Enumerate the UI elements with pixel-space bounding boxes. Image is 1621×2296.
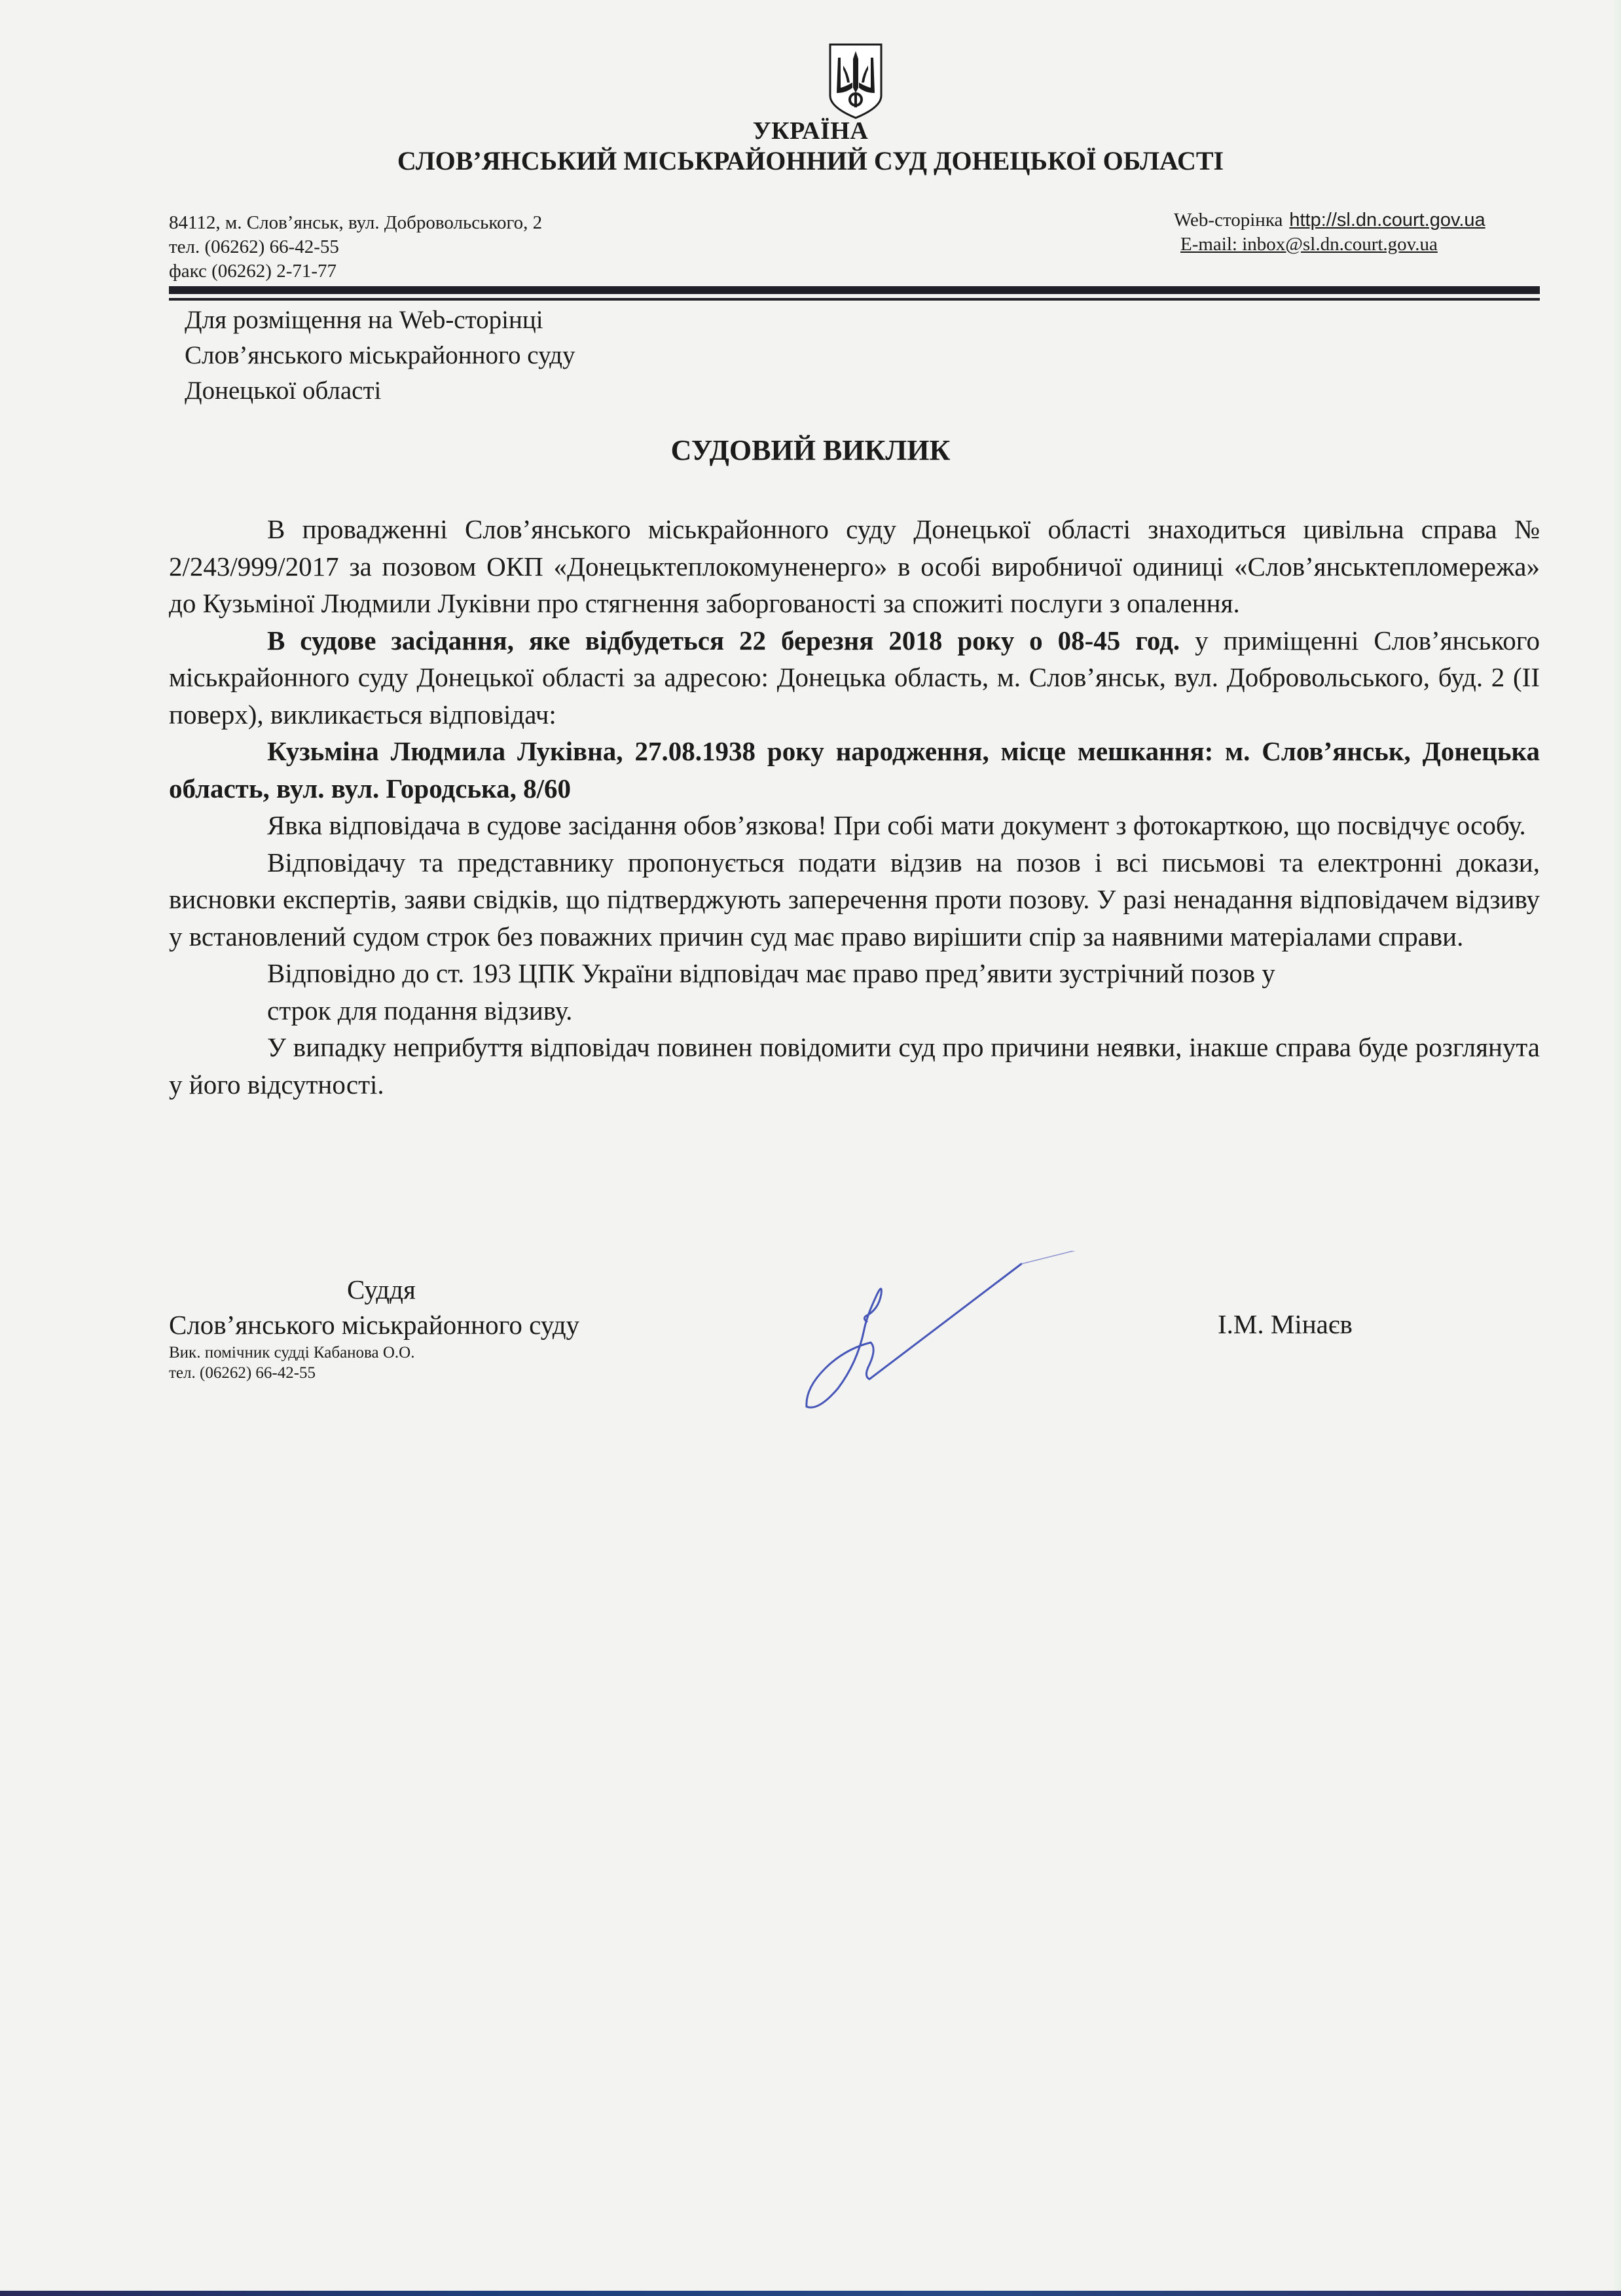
assistant-phone: тел. (06262) 66-42-55 [169,1363,579,1383]
judge-court: Слов’янського міськрайонного суду [169,1310,579,1340]
court-fax: факс (06262) 2-71-77 [169,259,542,284]
trident-emblem-icon [826,42,885,120]
paragraph-case: В провадженні Слов’янського міськрайонно… [169,511,1540,622]
placement-note: Для розміщення на Web-сторінці Слов’янсь… [185,303,575,409]
assistant-name: Вик. помічник судді Кабанова О.О. [169,1342,579,1363]
counterclaim-line: строк для подання відзиву. [169,992,1540,1029]
header-divider-thin [169,298,1540,301]
court-summons-page: УКРАЇНА СЛОВ’ЯНСЬКИЙ МІСЬКРАЙОННИЙ СУД Д… [0,0,1621,2296]
paragraph-response: Відповідачу та представнику пропонується… [169,844,1540,955]
placement-line: Донецької області [185,373,575,409]
handwritten-signature-icon [799,1251,1100,1421]
court-phone: тел. (06262) 66-42-55 [169,235,542,259]
paragraph-counterclaim: Відповідно до ст. 193 ЦПК України відпов… [169,955,1540,1029]
judge-title: Суддя [169,1272,579,1307]
hearing-datetime: В судове засідання, яке відбудеться 22 б… [267,625,1180,656]
web-label: Web-сторінка [1174,210,1283,231]
signature-block: Суддя Слов’янського міськрайонного суду … [169,1272,579,1383]
header-divider-thick [169,286,1540,294]
scan-edge-bottom [0,2291,1621,2296]
court-address: 84112, м. Слов’янськ, вул. Добровольсько… [169,211,542,235]
court-heading: СЛОВ’ЯНСЬКИЙ МІСЬКРАЙОННИЙ СУД ДОНЕЦЬКОЇ… [0,145,1621,176]
paragraph-absence: У випадку неприбуття відповідач повинен … [169,1029,1540,1103]
scan-edge-right [1614,0,1621,2296]
court-contacts: 84112, м. Слов’янськ, вул. Добровольсько… [169,211,542,284]
judge-name: І.М. Мінаєв [1218,1308,1353,1340]
placement-line: Для розміщення на Web-сторінці [185,303,575,338]
paragraph-attendance: Явка відповідача в судове засідання обов… [169,807,1540,844]
defendant-details: Кузьміна Людмила Луківна, 27.08.1938 рок… [169,736,1540,804]
paragraph-defendant: Кузьміна Людмила Луківна, 27.08.1938 рок… [169,733,1540,807]
counterclaim-line: Відповідно до ст. 193 ЦПК України відпов… [267,958,1275,988]
email-link[interactable]: E-mail: inbox@sl.dn.court.gov.ua [1174,232,1485,257]
paragraph-hearing: В судове засідання, яке відбудеться 22 б… [169,622,1540,733]
court-online-contacts: Web-сторінкаhttp://sl.dn.court.gov.ua E-… [1174,208,1485,257]
summons-body: В провадженні Слов’янського міськрайонно… [169,511,1540,1103]
document-title: СУДОВИЙ ВИКЛИК [0,434,1621,467]
placement-line: Слов’янського міськрайонного суду [185,338,575,373]
web-url-link[interactable]: http://sl.dn.court.gov.ua [1289,210,1485,231]
country-heading: УКРАЇНА [0,117,1621,145]
